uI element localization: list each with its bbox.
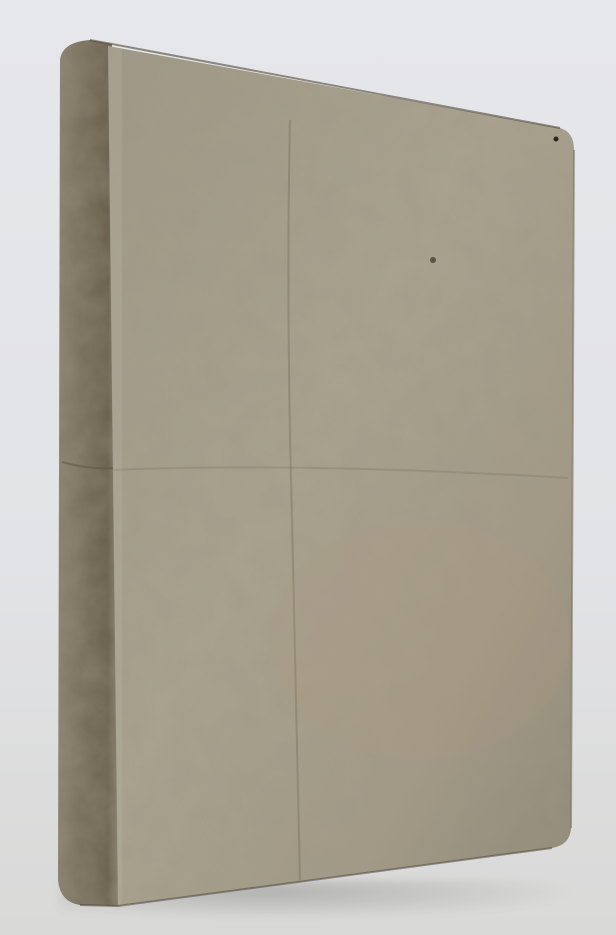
cover-hole: [554, 137, 559, 142]
book-illustration: [0, 0, 616, 935]
book: [0, 0, 616, 935]
photo-scene: [0, 0, 616, 935]
